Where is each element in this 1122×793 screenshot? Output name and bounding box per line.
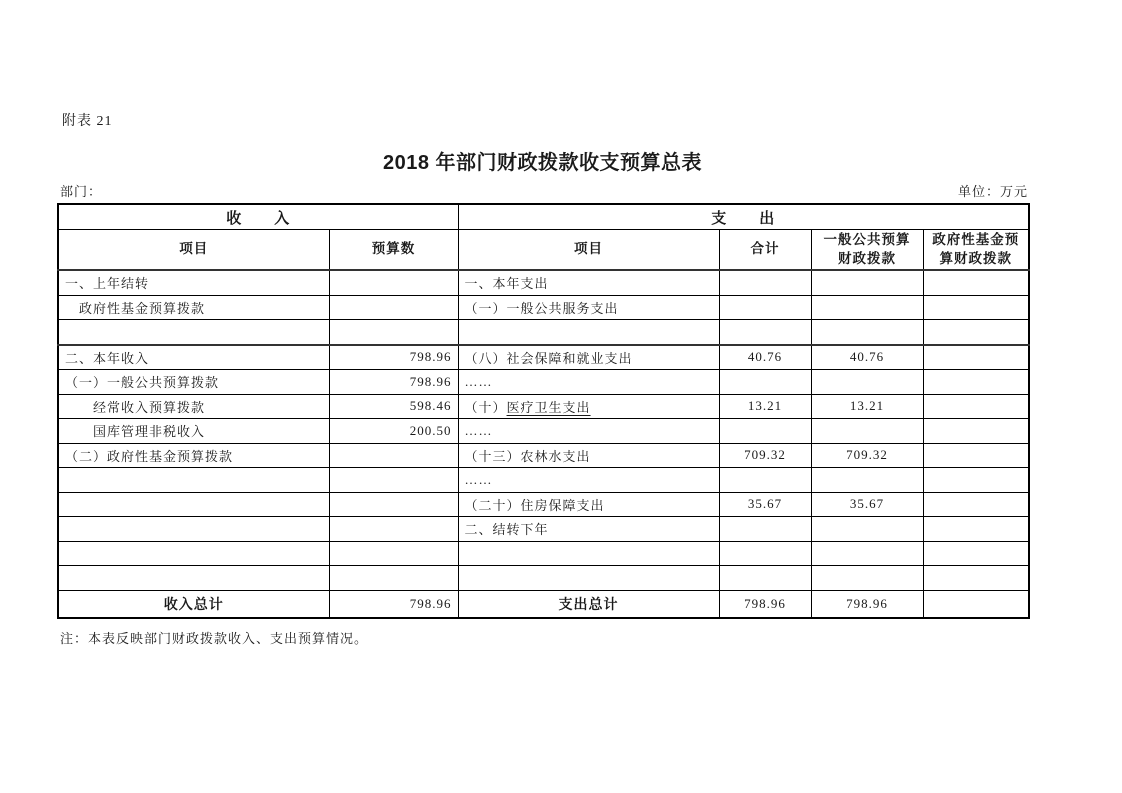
table-row: …… [58,468,1029,493]
section-header-row: 收 入 支 出 [58,204,1029,230]
government-fund-budget-cell [923,468,1029,493]
general-public-budget-cell: 709.32 [811,443,923,468]
general-public-budget-cell [811,541,923,566]
government-fund-budget-cell [923,541,1029,566]
government-fund-budget-cell [923,443,1029,468]
income-item-cell: 一、上年结转 [58,270,329,295]
item-prefix-text: （十） [465,400,507,415]
column-header-row: 项目 预算数 项目 合计 一般公共预算 财政拨款 政府性基金预 算财政拨款 [58,230,1029,271]
income-budget-cell [329,443,458,468]
expenditure-section-header: 支 出 [458,204,1029,230]
government-fund-budget-cell [923,566,1029,591]
expenditure-total-cell [719,270,811,295]
budget-table: 收 入 支 出 项目 预算数 项目 合计 一般公共预算 财政拨款 政府性基金预 … [57,203,1030,619]
expenditure-item-cell: （十）医疗卫生支出 [458,394,719,419]
income-budget-cell [329,566,458,591]
general-public-budget-cell [811,419,923,444]
general-public-budget-cell [811,517,923,542]
table-row [58,320,1029,345]
expenditure-item-cell: （十三）农林水支出 [458,443,719,468]
general-public-budget-cell: 40.76 [811,345,923,370]
income-item-cell [58,541,329,566]
income-budget-cell: 798.96 [329,345,458,370]
expenditure-total-cell [719,419,811,444]
expenditure-total-label: 支出总计 [458,590,719,618]
government-fund-budget-cell [923,394,1029,419]
government-fund-budget-cell [923,517,1029,542]
government-fund-budget-cell [923,419,1029,444]
income-budget-cell: 798.96 [329,370,458,395]
government-fund-budget-cell [923,270,1029,295]
unit-label: 单位：万元 [728,181,1028,200]
government-fund-budget-cell [923,492,1029,517]
income-total-value: 798.96 [329,590,458,618]
table-row: 经常收入预算拨款598.46（十）医疗卫生支出13.2113.21 [58,394,1029,419]
general-public-budget-cell [811,566,923,591]
general-public-budget-cell [811,468,923,493]
income-item-cell [58,492,329,517]
income-item-cell [58,566,329,591]
expenditure-total-cell [719,517,811,542]
expenditure-total-cell: 35.67 [719,492,811,517]
expenditure-total-cell [719,468,811,493]
expenditure-item-cell: 一、本年支出 [458,270,719,295]
income-budget-cell: 598.46 [329,394,458,419]
table-row: 二、本年收入798.96（八）社会保障和就业支出40.7640.76 [58,345,1029,370]
appendix-label: 附表 21 [62,110,113,130]
income-item-cell: （二）政府性基金预算拨款 [58,443,329,468]
expenditure-item-cell [458,320,719,345]
column-header-general-public-budget: 一般公共预算 财政拨款 [811,230,923,271]
income-budget-cell [329,492,458,517]
general-public-budget-cell: 13.21 [811,394,923,419]
expenditure-item-cell: …… [458,468,719,493]
expenditure-total-cell [719,295,811,320]
government-fund-budget-cell [923,320,1029,345]
expenditure-item-cell: 二、结转下年 [458,517,719,542]
expenditure-item-cell [458,541,719,566]
income-budget-cell [329,320,458,345]
income-item-cell: （一）一般公共预算拨款 [58,370,329,395]
table-row: （二十）住房保障支出35.6735.67 [58,492,1029,517]
income-budget-cell [329,270,458,295]
table-row: 政府性基金预算拨款（一）一般公共服务支出 [58,295,1029,320]
expenditure-total-cell [719,370,811,395]
government-fund-total-value [923,590,1029,618]
expenditure-item-cell: …… [458,370,719,395]
expenditure-total-cell [719,566,811,591]
income-item-cell [58,468,329,493]
income-budget-cell: 200.50 [329,419,458,444]
income-budget-cell [329,468,458,493]
expenditure-total-cell [719,541,811,566]
column-header-government-fund-budget: 政府性基金预 算财政拨款 [923,230,1029,271]
expenditure-item-cell: （一）一般公共服务支出 [458,295,719,320]
column-header-income-item: 项目 [58,230,329,271]
general-public-budget-cell [811,270,923,295]
income-budget-cell [329,517,458,542]
income-section-header: 收 入 [58,204,458,230]
expenditure-item-cell: …… [458,419,719,444]
government-fund-budget-cell [923,370,1029,395]
expenditure-item-cell: （二十）住房保障支出 [458,492,719,517]
government-fund-budget-cell [923,295,1029,320]
expenditure-total-value: 798.96 [719,590,811,618]
income-item-cell [58,517,329,542]
expenditure-item-cell: （八）社会保障和就业支出 [458,345,719,370]
income-item-cell: 政府性基金预算拨款 [58,295,329,320]
income-item-cell [58,320,329,345]
table-row [58,541,1029,566]
expenditure-total-cell: 709.32 [719,443,811,468]
income-item-cell: 二、本年收入 [58,345,329,370]
general-public-total-value: 798.96 [811,590,923,618]
department-label: 部门： [60,181,102,200]
general-public-budget-cell: 35.67 [811,492,923,517]
page-title: 2018 年部门财政拨款收支预算总表 [57,146,1028,175]
general-public-budget-cell [811,320,923,345]
table-body: 一、上年结转一、本年支出 政府性基金预算拨款（一）一般公共服务支出二、本年收入7… [58,270,1029,590]
column-header-income-budget: 预算数 [329,230,458,271]
table-row: （二）政府性基金预算拨款（十三）农林水支出709.32709.32 [58,443,1029,468]
income-item-cell: 国库管理非税收入 [58,419,329,444]
table-row: 一、上年结转一、本年支出 [58,270,1029,295]
government-fund-budget-cell [923,345,1029,370]
column-header-expenditure-total: 合计 [719,230,811,271]
column-header-expenditure-item: 项目 [458,230,719,271]
expenditure-total-cell [719,320,811,345]
general-public-budget-cell [811,370,923,395]
income-budget-cell [329,295,458,320]
underlined-item-text: 医疗卫生支出 [507,400,591,415]
document-page: 附表 21 2018 年部门财政拨款收支预算总表 部门： 单位：万元 收 入 支… [0,0,1122,793]
table-row: 二、结转下年 [58,517,1029,542]
note-text: 注：本表反映部门财政拨款收入、支出预算情况。 [60,628,368,647]
expenditure-item-cell [458,566,719,591]
income-item-cell: 经常收入预算拨款 [58,394,329,419]
income-budget-cell [329,541,458,566]
general-public-budget-cell [811,295,923,320]
income-total-label: 收入总计 [58,590,329,618]
total-row: 收入总计 798.96 支出总计 798.96 798.96 [58,590,1029,618]
expenditure-total-cell: 40.76 [719,345,811,370]
expenditure-total-cell: 13.21 [719,394,811,419]
table-row: （一）一般公共预算拨款798.96…… [58,370,1029,395]
table-row: 国库管理非税收入200.50…… [58,419,1029,444]
table-row [58,566,1029,591]
